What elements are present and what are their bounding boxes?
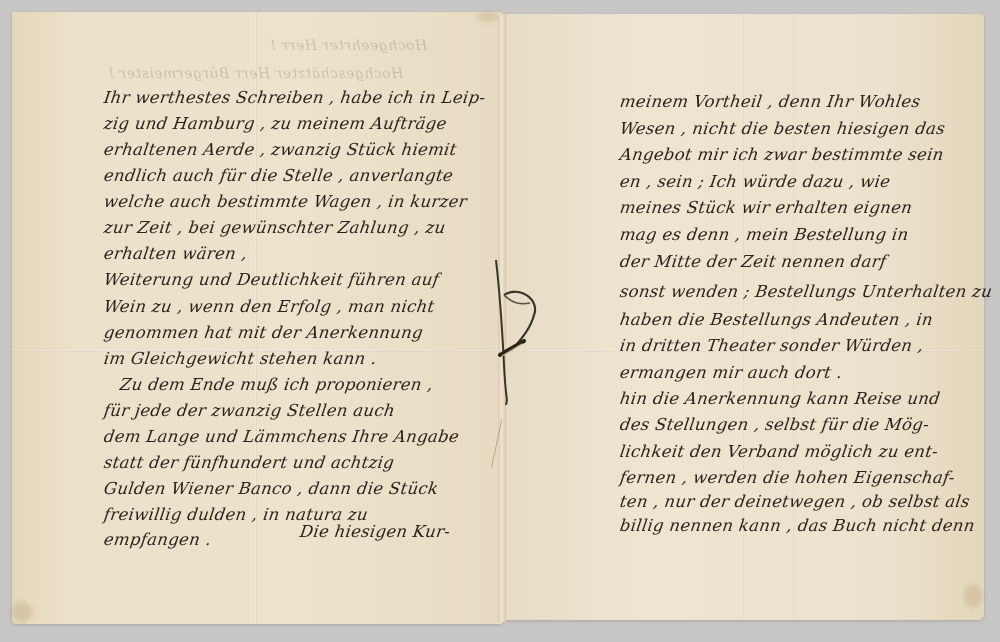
binding-thread	[490, 255, 550, 405]
handwritten-line: zig und Hamburg , zu meinem Aufträge	[103, 114, 448, 133]
paper-stain	[477, 12, 499, 22]
handwritten-line: empfangen .	[103, 530, 213, 549]
handwritten-line: Die hiesigen Kur-	[299, 522, 452, 541]
handwritten-line: des Stellungen , selbst für die Mög-	[619, 415, 931, 434]
paper-stain	[12, 602, 32, 622]
handwritten-line: erhalten wären ,	[103, 244, 249, 263]
handwritten-line: hin die Anerkennung kann Reise und	[619, 389, 942, 408]
handwritten-line: billig nennen kann , das Buch nicht denn	[619, 516, 976, 535]
handwritten-line: Weiterung und Deutlichkeit führen auf	[103, 270, 441, 289]
handwritten-line: erhaltenen Aerde , zwanzig Stück hiemit	[103, 140, 458, 159]
handwritten-line: welche auch bestimmte Wagen , in kurzer	[103, 192, 469, 211]
handwritten-line: Wesen , nicht die besten hiesigen das	[619, 119, 947, 138]
handwritten-line: meinem Vortheil , denn Ihr Wohles	[619, 92, 922, 111]
letter-photo: Hochgeehrter Herr ! Hochgeschätzter Herr…	[0, 0, 1000, 642]
handwritten-line: endlich auch für die Stelle , anverlangt…	[103, 166, 455, 185]
handwritten-line: mag es denn , mein Bestellung in	[619, 225, 910, 244]
handwritten-line: sonst wenden ; Bestellungs Unterhalten z…	[619, 282, 994, 301]
bleed-through-text: Hochgeehrter Herr !	[270, 38, 427, 54]
handwritten-line: ermangen mir auch dort .	[619, 363, 844, 382]
handwritten-line: dem Lange und Lämmchens Ihre Angabe	[103, 427, 461, 446]
handwritten-line: fernen , werden die hohen Eigenschaf-	[619, 468, 956, 487]
handwritten-line: genommen hat mit der Anerkennung	[103, 323, 425, 342]
handwritten-line: der Mitte der Zeit nennen darf	[619, 252, 888, 271]
handwritten-line: lichkeit den Verband möglich zu ent-	[619, 442, 940, 461]
handwritten-line: en , sein ; Ich würde dazu , wie	[619, 172, 892, 191]
paper-stain	[964, 584, 982, 608]
handwritten-line: ten , nur der deinetwegen , ob selbst al…	[619, 492, 972, 511]
handwritten-line: zur Zeit , bei gewünschter Zahlung , zu	[103, 218, 447, 237]
handwritten-line: statt der fünfhundert und achtzig	[103, 453, 396, 472]
handwritten-line: Ihr werthestes Schreiben , habe ich in L…	[103, 88, 487, 107]
handwritten-line: in dritten Theater sonder Würden ,	[619, 336, 925, 355]
handwritten-line: für jede der zwanzig Stellen auch	[103, 401, 397, 420]
handwritten-line: im Gleichgewicht stehen kann .	[103, 349, 378, 368]
handwritten-line: haben die Bestellungs Andeuten , in	[619, 310, 935, 329]
bleed-through-text: Hochgeschätzter Herr Bürgermeister !	[108, 66, 403, 82]
handwritten-line: meines Stück wir erhalten eignen	[619, 198, 914, 217]
handwritten-line: Gulden Wiener Banco , dann die Stück	[103, 479, 440, 498]
handwritten-line: Zu dem Ende muß ich proponieren ,	[119, 375, 435, 394]
handwritten-line: Wein zu , wenn den Erfolg , man nicht	[103, 297, 436, 316]
handwritten-line: Angebot mir ich zwar bestimmte sein	[619, 145, 945, 164]
